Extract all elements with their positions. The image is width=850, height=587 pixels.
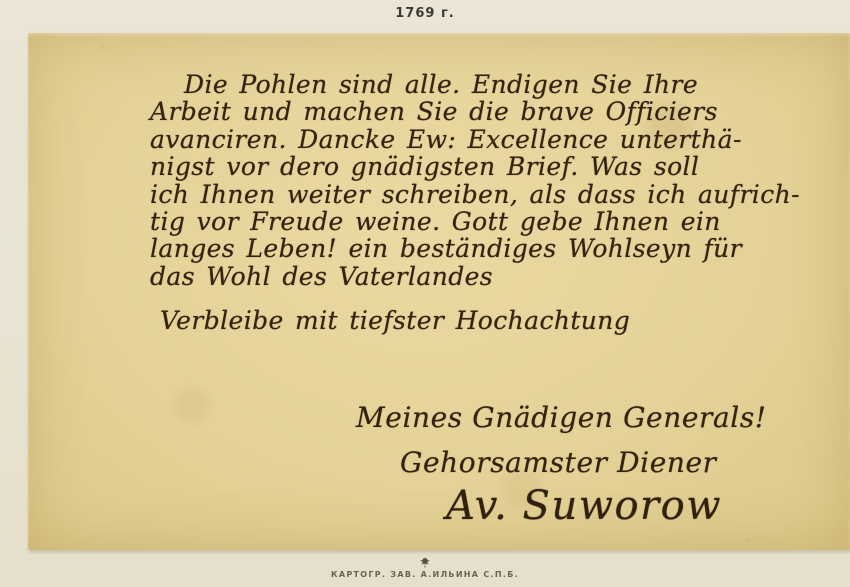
double-headed-eagle-icon bbox=[418, 556, 432, 569]
letter-closing-line: Verbleibe mit tiefster Hochachtung bbox=[150, 307, 775, 334]
letter-line: Die Pohlen sind alle. Endigen Sie Ihre bbox=[150, 71, 775, 98]
letter-line: Arbeit und machen Sie die brave Officier… bbox=[150, 98, 775, 125]
year-label: 1769 г. bbox=[0, 6, 850, 21]
imprint-caption: КАРТОГР. ЗАВ. А.ИЛЬИНА С.П.Б. bbox=[0, 570, 850, 579]
letter-plate: Die Pohlen sind alle. Endigen Sie Ihre A… bbox=[28, 33, 850, 550]
letter-body: Die Pohlen sind alle. Endigen Sie Ihre A… bbox=[150, 71, 775, 335]
letter-line: langes Leben! ein beständiges Wohlseyn f… bbox=[150, 235, 775, 262]
valediction-line: Meines Gnädigen Generals! bbox=[356, 401, 767, 434]
letter-line: avanciren. Dancke Ew: Excellence unterth… bbox=[150, 126, 775, 153]
scanned-letter-page: 1769 г. Die Pohlen sind alle. Endigen Si… bbox=[0, 0, 850, 587]
valediction-line: Gehorsamster Diener bbox=[400, 446, 717, 479]
letter-line: das Wohl des Vaterlandes bbox=[150, 263, 775, 290]
suworow-signature: Av. Suworow bbox=[446, 483, 722, 529]
letter-line: nigst vor dero gnädigsten Brief. Was sol… bbox=[150, 153, 775, 180]
publisher-imprint: КАРТОГР. ЗАВ. А.ИЛЬИНА С.П.Б. bbox=[0, 556, 850, 579]
letter-line: tig vor Freude weine. Gott gebe Ihnen ei… bbox=[150, 208, 775, 235]
letter-line: ich Ihnen weiter schreiben, als dass ich… bbox=[150, 181, 775, 208]
